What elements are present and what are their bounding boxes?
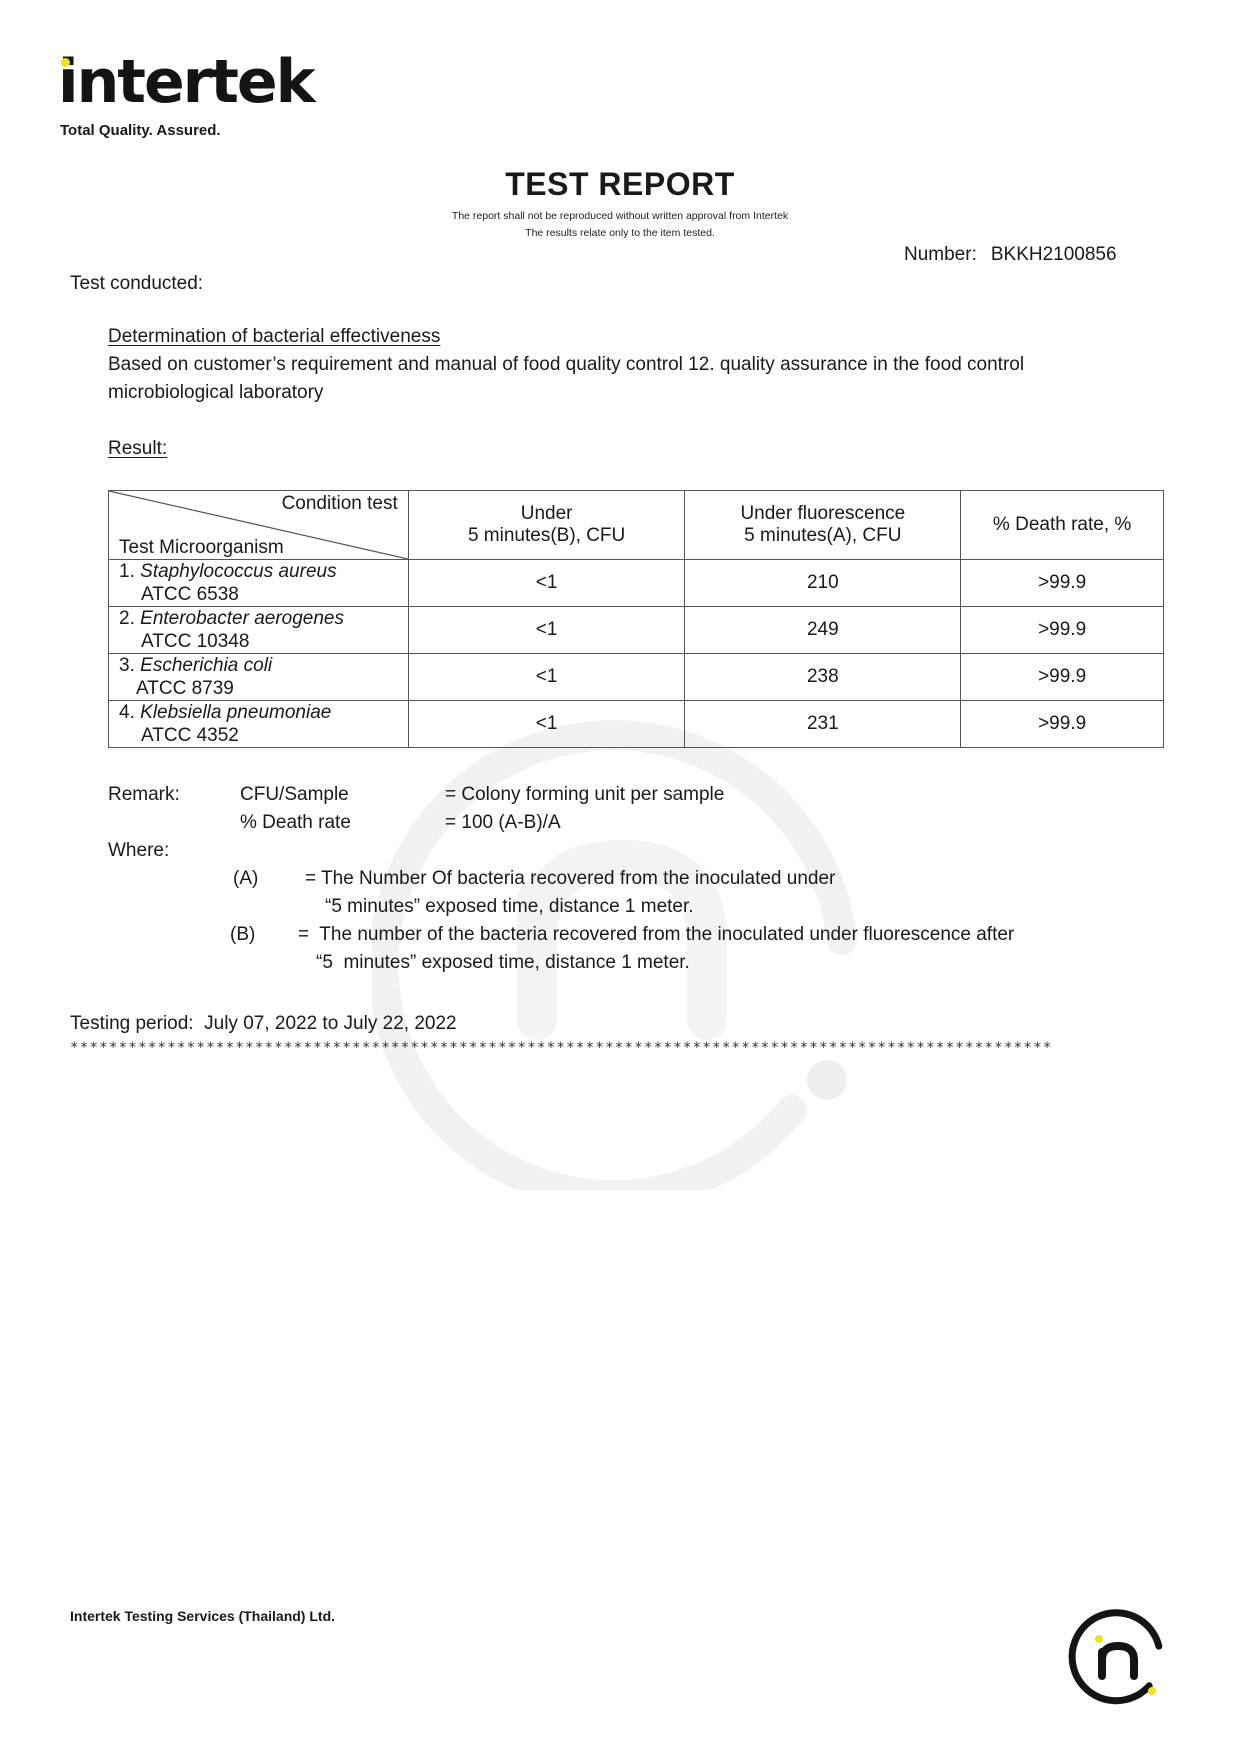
organism-name: Klebsiella pneumoniae <box>140 702 331 723</box>
report-number-label: Number: <box>904 244 977 265</box>
disclaimer-results: The results relate only to the item test… <box>0 227 1240 239</box>
test-basis-line-2: microbiological laboratory <box>108 379 323 407</box>
corner-organism-label: Test Microorganism <box>119 537 284 559</box>
column-header-death-rate: % Death rate, % <box>961 491 1164 560</box>
row-number: 2. <box>119 608 135 629</box>
result-label: Result: <box>108 435 167 463</box>
cell-under-b: <1 <box>408 654 685 701</box>
table-row: 2. Enterobacter aerogenesATCC 10348 <1 2… <box>109 607 1164 654</box>
where-def-b-line2: “5 minutes” exposed time, distance 1 met… <box>316 949 690 977</box>
remark-term: CFU/Sample <box>240 781 349 809</box>
test-basis-line-1: Based on customer’s requirement and manu… <box>108 351 1024 379</box>
table-header-row: Condition test Test Microorganism Under5… <box>109 491 1164 560</box>
where-def-b-line1: = The number of the bacteria recovered f… <box>298 921 1014 949</box>
organism-strain: ATCC 10348 <box>119 631 249 652</box>
where-key-a: (A) <box>233 865 258 893</box>
corner-condition-label: Condition test <box>282 493 398 515</box>
corner-header-cell: Condition test Test Microorganism <box>109 491 409 560</box>
where-key-b: (B) <box>230 921 255 949</box>
row-number: 3. <box>119 655 135 676</box>
remark-definition: = 100 (A-B)/A <box>445 809 561 837</box>
column-header-line: % Death rate, % <box>961 514 1163 536</box>
organism-strain: ATCC 8739 <box>119 678 234 699</box>
organism-name: Staphylococcus aureus <box>140 561 336 582</box>
organism-strain: ATCC 4352 <box>119 725 239 746</box>
cell-under-b: <1 <box>408 560 685 607</box>
cell-fluorescence-a: 210 <box>685 560 961 607</box>
table-row: 1. Staphylococcus aureusATCC 6538 <1 210… <box>109 560 1164 607</box>
where-def-a-line2: “5 minutes” exposed time, distance 1 met… <box>325 893 694 921</box>
column-header-line: 5 minutes(B), CFU <box>409 525 685 547</box>
cell-fluorescence-a: 231 <box>685 701 961 748</box>
logo-accent-dot-icon <box>61 58 70 67</box>
report-number-value: BKKH2100856 <box>991 244 1117 265</box>
cell-fluorescence-a: 249 <box>685 607 961 654</box>
column-header-line: Under fluorescence <box>685 503 960 525</box>
test-title: Determination of bacterial effectiveness <box>108 323 440 351</box>
results-table: Condition test Test Microorganism Under5… <box>108 490 1164 748</box>
intertek-in-logo-icon <box>1068 1608 1168 1708</box>
testing-period: Testing period: July 07, 2022 to July 22… <box>70 1010 457 1038</box>
organism-name: Enterobacter aerogenes <box>140 608 344 629</box>
row-number: 1. <box>119 561 135 582</box>
logo-tagline: Total Quality. Assured. <box>60 122 221 139</box>
where-def-a-line1: = The Number Of bacteria recovered from … <box>305 865 835 893</box>
organism-cell: 4. Klebsiella pneumoniaeATCC 4352 <box>109 701 409 748</box>
cell-under-b: <1 <box>408 607 685 654</box>
remark-label: Remark: <box>108 781 180 809</box>
column-header-fluorescence: Under fluorescence5 minutes(A), CFU <box>685 491 961 560</box>
column-header-line: Under <box>409 503 685 525</box>
footer-company-name: Intertek Testing Services (Thailand) Ltd… <box>70 1608 335 1624</box>
organism-cell: 1. Staphylococcus aureusATCC 6538 <box>109 560 409 607</box>
cell-death-rate: >99.9 <box>961 701 1164 748</box>
row-number: 4. <box>119 702 135 723</box>
remark-definition: = Colony forming unit per sample <box>445 781 724 809</box>
organism-name: Escherichia coli <box>140 655 272 676</box>
where-label: Where: <box>108 837 169 865</box>
remark-term: % Death rate <box>240 809 351 837</box>
report-number: Number:BKKH2100856 <box>904 244 1117 266</box>
end-separator: ****************************************… <box>70 1040 1053 1056</box>
cell-fluorescence-a: 238 <box>685 654 961 701</box>
column-header-line: 5 minutes(A), CFU <box>685 525 960 547</box>
organism-cell: 2. Enterobacter aerogenesATCC 10348 <box>109 607 409 654</box>
table-row: 3. Escherichia coliATCC 8739 <1 238 >99.… <box>109 654 1164 701</box>
column-header-under: Under5 minutes(B), CFU <box>408 491 685 560</box>
cell-death-rate: >99.9 <box>961 607 1164 654</box>
disclaimer-reproduction: The report shall not be reproduced witho… <box>0 210 1240 222</box>
organism-cell: 3. Escherichia coliATCC 8739 <box>109 654 409 701</box>
report-title: TEST REPORT <box>0 166 1240 203</box>
organism-strain: ATCC 6538 <box>119 584 239 605</box>
test-conducted-label: Test conducted: <box>70 270 203 298</box>
cell-death-rate: >99.9 <box>961 654 1164 701</box>
intertek-logo: intertek <box>58 52 314 112</box>
table-row: 4. Klebsiella pneumoniaeATCC 4352 <1 231… <box>109 701 1164 748</box>
cell-under-b: <1 <box>408 701 685 748</box>
cell-death-rate: >99.9 <box>961 560 1164 607</box>
